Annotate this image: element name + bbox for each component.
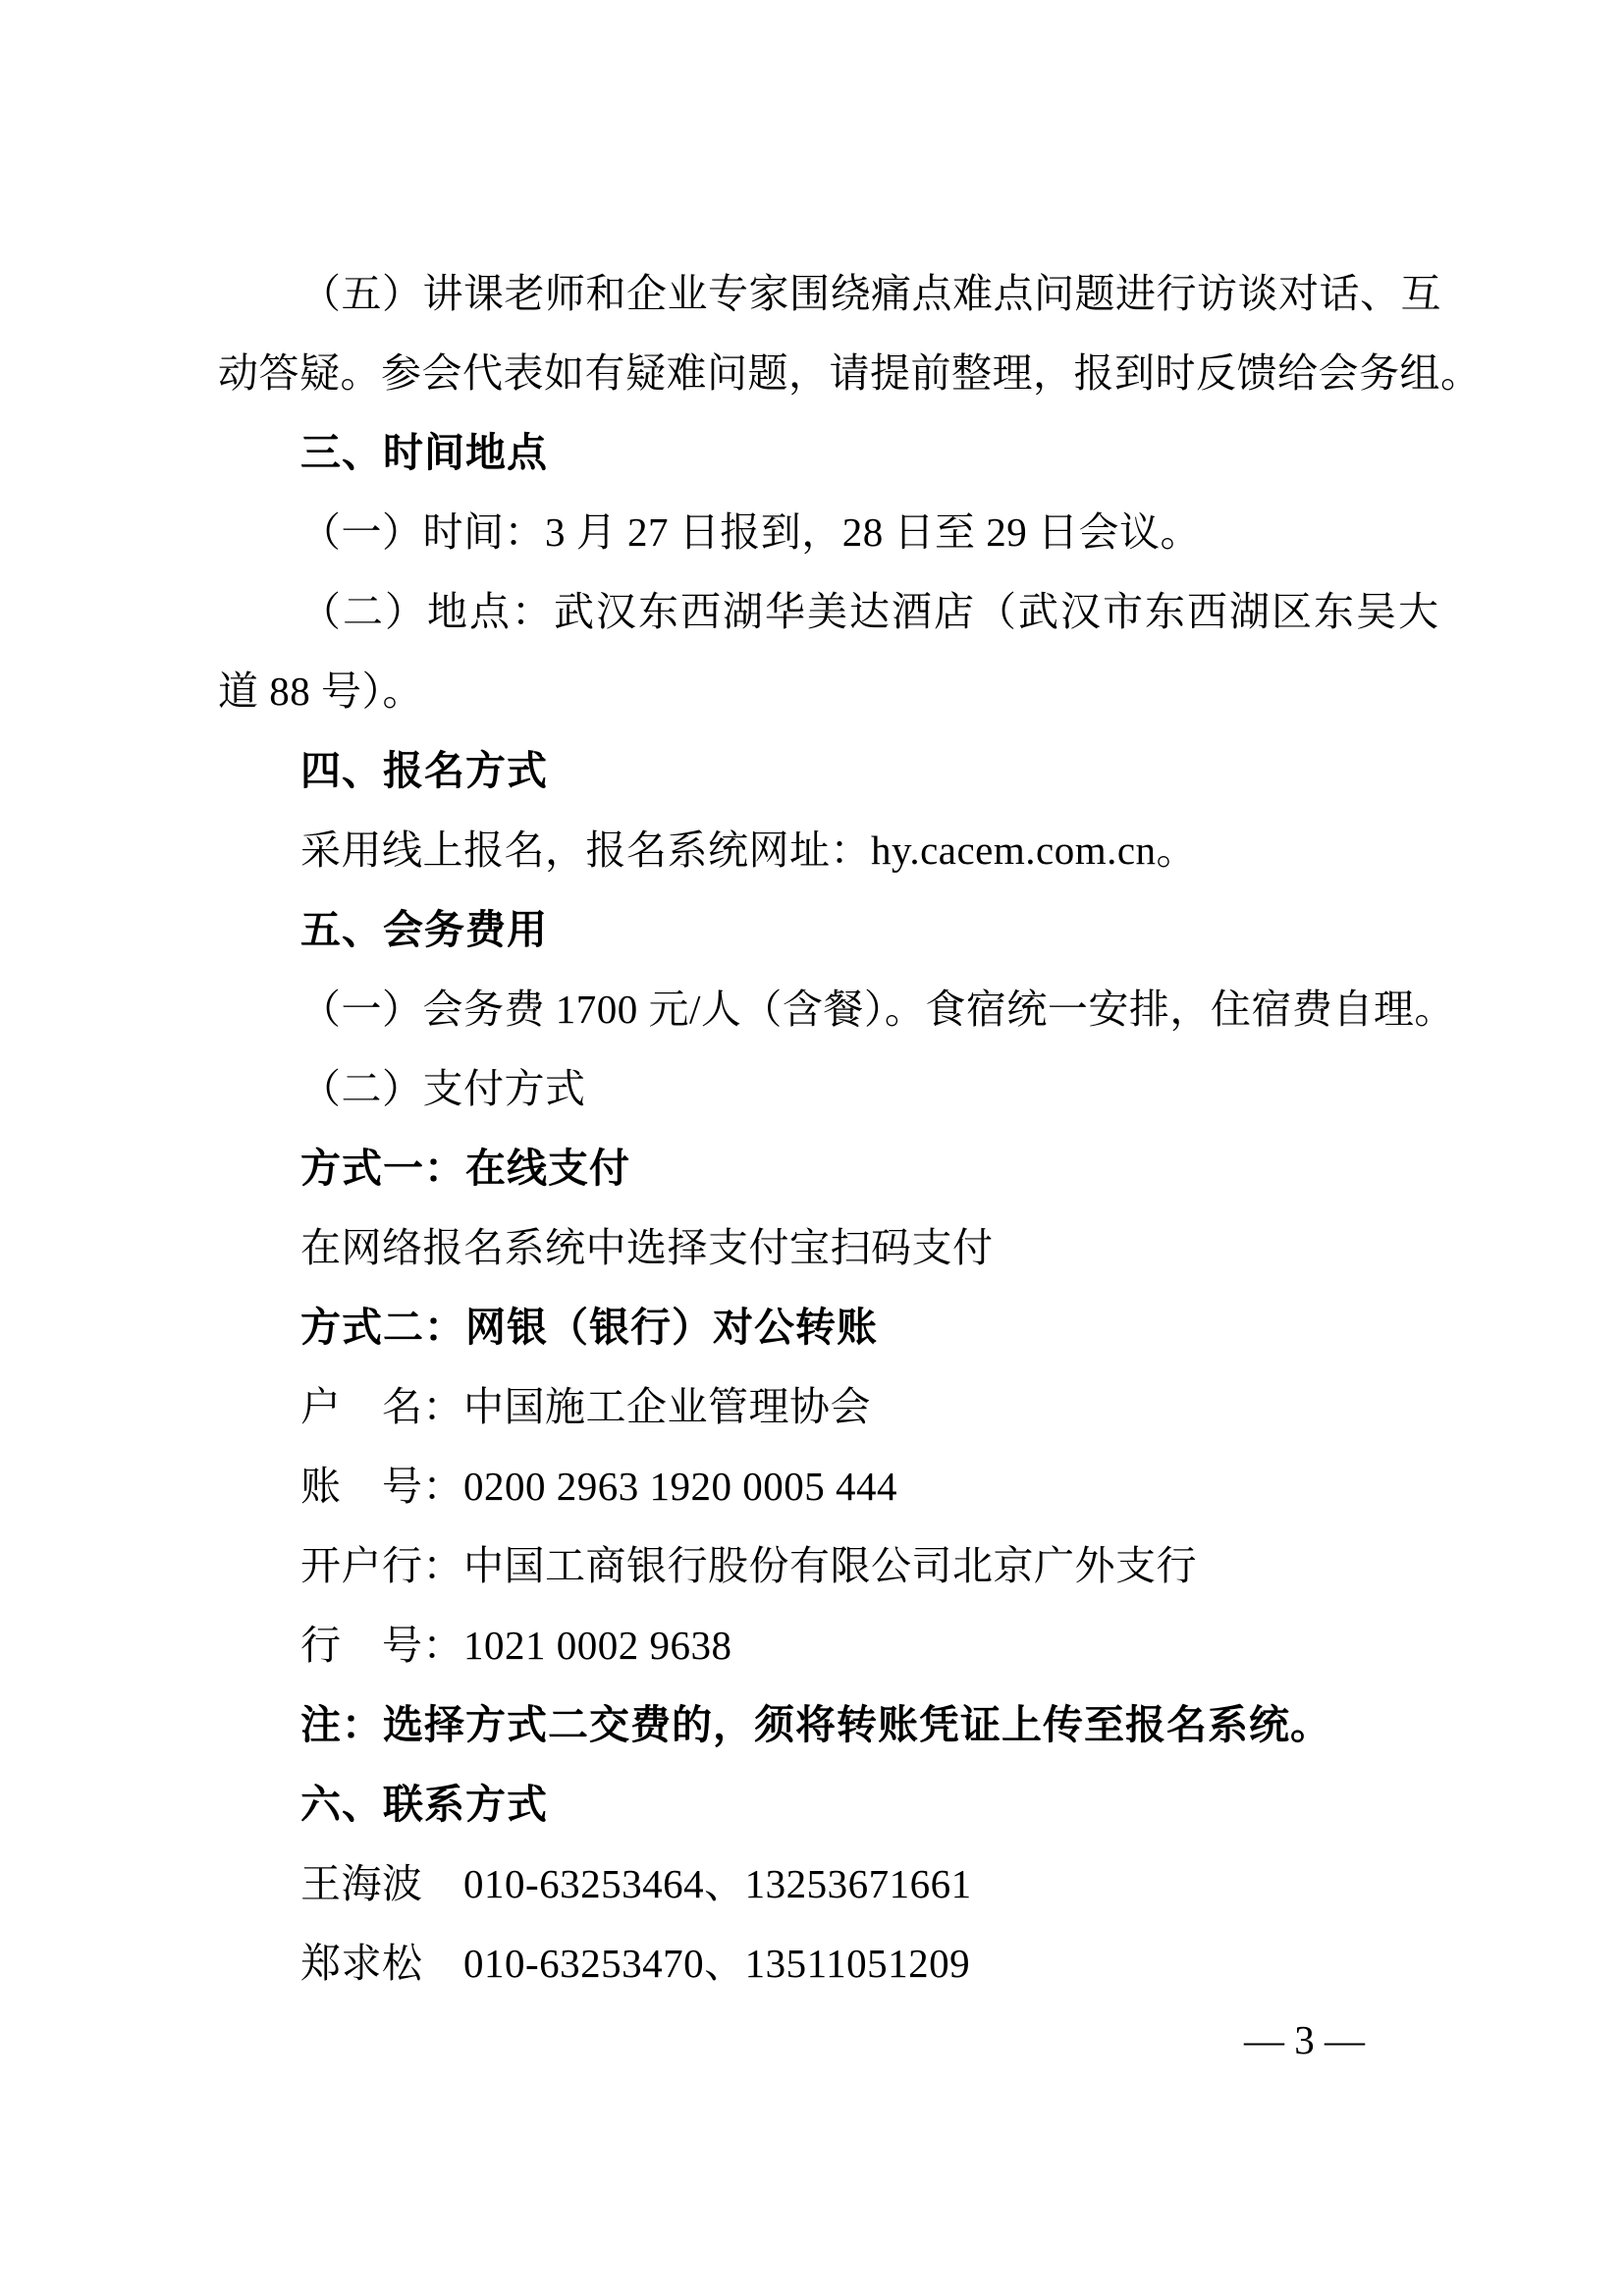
account-number: 账 号：0200 2963 1920 0005 444 [218,1447,1428,1526]
paragraph-five-line-1: （五）讲课老师和企业专家围绕痛点难点问题进行访谈对话、互 [218,254,1428,334]
paragraph-five-line-2: 动答疑。参会代表如有疑难问题，请提前整理，报到时反馈给会务组。 [218,334,1428,413]
contact-person-2: 郑求松 010-63253470、13511051209 [218,1924,1428,2003]
section-heading-fees: 五、会务费用 [218,890,1428,970]
section-heading-contact: 六、联系方式 [218,1765,1428,1844]
document-page: { "document": { "paragraph_five": { "lin… [0,0,1624,2296]
contact-person-1: 王海波 010-63253464、13253671661 [218,1844,1428,1924]
payment-option-1-heading: 方式一：在线支付 [218,1129,1428,1208]
page-number: — 3 — [1244,2001,1365,2080]
location-item-line-1: （二）地点：武汉东西湖华美达酒店（武汉市东西湖区东吴大 [218,572,1428,652]
payment-note: 注：选择方式二交费的，须将转账凭证上传至报名系统。 [218,1685,1428,1765]
document-body: （五）讲课老师和企业专家围绕痛点难点问题进行访谈对话、互 动答疑。参会代表如有疑… [218,254,1428,2003]
time-item: （一）时间：3 月 27 日报到，28 日至 29 日会议。 [218,493,1428,572]
location-item-line-2: 道 88 号）。 [218,652,1428,731]
payment-option-1-detail: 在网络报名系统中选择支付宝扫码支付 [218,1208,1428,1288]
account-name: 户 名：中国施工企业管理协会 [218,1367,1428,1447]
section-heading-time-location: 三、时间地点 [218,413,1428,493]
payment-option-2-heading: 方式二：网银（银行）对公转账 [218,1288,1428,1367]
bank-number: 行 号：1021 0002 9638 [218,1606,1428,1685]
fee-item: （一）会务费 1700 元/人（含餐）。食宿统一安排，住宿费自理。 [218,970,1428,1049]
payment-method-item: （二）支付方式 [218,1049,1428,1129]
bank-name: 开户行：中国工商银行股份有限公司北京广外支行 [218,1526,1428,1606]
section-heading-registration: 四、报名方式 [218,731,1428,811]
registration-method: 采用线上报名，报名系统网址：hy.cacem.com.cn。 [218,811,1428,890]
